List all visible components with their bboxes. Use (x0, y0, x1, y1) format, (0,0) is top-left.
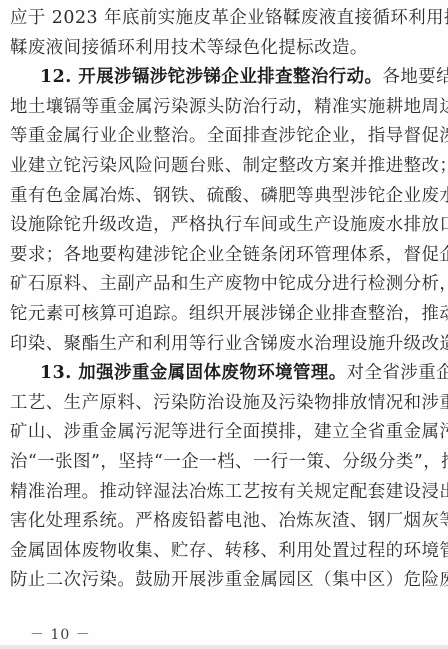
text-line: 应于 2023 年底前实施皮革企业铬鞣废液直接循环利用技术、铬 (10, 4, 440, 34)
text-line: 矿山、涉重金属污泥等进行全面摸排，建立全省重金属污染防 (10, 418, 440, 448)
section-heading-12: 12. 开展涉镉涉铊涉锑企业排查整治行动。 (40, 67, 382, 87)
paragraph-13-heading-line: 13. 加强涉重金属固体废物环境管理。对全省涉重企业技术 (40, 359, 440, 389)
section-heading-13: 13. 加强涉重金属固体废物环境管理。 (40, 363, 347, 383)
text-line: 鞣废液间接循环利用技术等绿色化提标改造。 (10, 34, 440, 64)
text-line: 要求；各地要构建涉铊企业全链条闭环管理体系，督促企业对 (10, 241, 440, 271)
text-line: 业建立铊污染风险问题台账、制定整改方案并推进整改；开展 (10, 152, 440, 182)
text-span: 对全省涉重企业技术 (347, 363, 448, 383)
text-line: 工艺、生产原料、污染防治设施及污染物排放情况和涉重金属 (10, 389, 440, 419)
page-number: － 10 － (30, 624, 91, 644)
text-line: 防止二次污染。鼓励开展涉重金属园区（集中区）危险废物集 (10, 566, 440, 596)
text-line: 设施除铊升级改造，严格执行车间或生产设施废水排放口达标 (10, 211, 440, 241)
text-line: 等重金属行业企业整治。全面排查涉铊企业，指导督促涉铊企 (10, 122, 440, 152)
text-line: 重有色金属冶炼、钢铁、硫酸、磷肥等典型涉铊企业废水治理 (10, 182, 440, 212)
text-line: 治“一张图”，坚持“一企一档、一行一策、分级分类”，推动 (10, 448, 440, 478)
text-span: 各地要结合农用 (382, 67, 448, 87)
page-edge (0, 645, 448, 649)
text-line: 铊元素可核算可追踪。组织开展涉锑企业排查整治，推动纺织 (10, 300, 440, 330)
text-line: 金属固体废物收集、贮存、转移、利用处置过程的环境管理， (10, 537, 440, 567)
text-line: 精准治理。推动锌湿法冶炼工艺按有关规定配套建设浸出渣无 (10, 478, 440, 508)
text-line: 地土壤镉等重金属污染源头防治行动，精准实施耕地周边涉镉 (10, 93, 440, 123)
text-line: 印染、聚酯生产和利用等行业含锑废水治理设施升级改造。 (10, 330, 440, 360)
paragraph-12-heading-line: 12. 开展涉镉涉铊涉锑企业排查整治行动。各地要结合农用 (40, 63, 440, 93)
text-line: 害化处理系统。严格废铅蓄电池、冶炼灰渣、钢厂烟灰等含重 (10, 507, 440, 537)
text-line: 矿石原料、主副产品和生产废物中铊成分进行检测分析，实现 (10, 270, 440, 300)
document-page: 应于 2023 年底前实施皮革企业铬鞣废液直接循环利用技术、铬 鞣废液间接循环利… (0, 0, 448, 645)
